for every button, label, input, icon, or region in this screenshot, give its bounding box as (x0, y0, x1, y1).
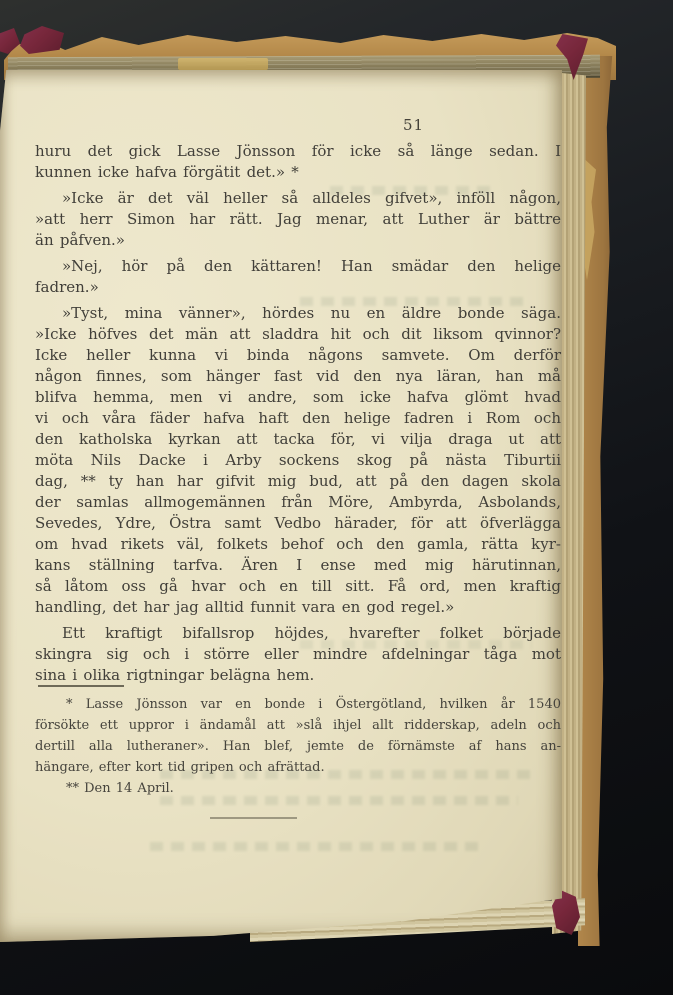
text-line: handling, det har jag alltid funnit vara… (35, 597, 561, 618)
text-line: någon finnes, som hänger fast vid den ny… (35, 366, 561, 387)
footnote: * Lasse Jönsson var en bonde i Östergötl… (35, 694, 561, 778)
text-line: om hvad rikets väl, folkets behof och de… (35, 534, 561, 555)
paragraph: »Tyst, mina vänner», hördes nu en äldre … (35, 303, 561, 618)
footnote-line: * Lasse Jönsson var en bonde i Östergötl… (35, 694, 561, 715)
text-line: »Nej, hör på den kättaren! Han smädar de… (35, 256, 561, 277)
section-divider (210, 817, 297, 819)
text-line: den katholska kyrkan att tacka för, vi v… (35, 429, 561, 450)
text-line: dag, ** ty han har gifvit mig bud, att p… (35, 471, 561, 492)
show-through-text (150, 842, 482, 851)
book-photograph: 51 huru det gick Lasse Jönsson för icke … (0, 0, 673, 995)
paragraph: huru det gick Lasse Jönsson för icke så … (35, 141, 561, 183)
footnote-line: dertill alla lutheraner». Han blef, jemt… (35, 736, 561, 757)
text-line: kans ställning tarfva. Ären I ense med m… (35, 555, 561, 576)
text-line: kunnen icke hafva förgätit det.» * (35, 162, 561, 183)
text-line: der samlas allmogemännen från Möre, Amby… (35, 492, 561, 513)
page-stack-highlight (178, 58, 268, 70)
footnote-line: försökte ett uppror i ändamål att »slå i… (35, 715, 561, 736)
text-line: blifva hemma, men vi andre, som icke haf… (35, 387, 561, 408)
body-text: huru det gick Lasse Jönsson för icke så … (35, 141, 561, 686)
text-line: Ett kraftigt bifallsrop höjdes, hvarefte… (35, 623, 561, 644)
text-line: skingra sig och i större eller mindre af… (35, 644, 561, 665)
text-line: så låtom oss gå hvar och en till sitt. F… (35, 576, 561, 597)
paragraph: »Nej, hör på den kättaren! Han smädar de… (35, 256, 561, 298)
footnotes: * Lasse Jönsson var en bonde i Östergötl… (35, 694, 561, 799)
paragraph: Ett kraftigt bifallsrop höjdes, hvarefte… (35, 623, 561, 686)
footnote-line: hängare, efter kort tid gripen och afrät… (35, 757, 561, 778)
text-line: sina i olika rigtningar belägna hem. (35, 665, 561, 686)
text-line: möta Nils Dacke i Arby sockens skog på n… (35, 450, 561, 471)
text-line: Sevedes, Ydre, Östra samt Vedbo härader,… (35, 513, 561, 534)
paragraph: »Icke är det väl heller så alldeles gifv… (35, 188, 561, 251)
text-line: »att herr Simon har rätt. Jag menar, att… (35, 209, 561, 230)
text-line: huru det gick Lasse Jönsson för icke så … (35, 141, 561, 162)
page-number: 51 (403, 116, 437, 134)
book-page: 51 huru det gick Lasse Jönsson för icke … (0, 70, 562, 942)
text-line: Icke heller kunna vi binda någons samvet… (35, 345, 561, 366)
binding-corner-cloth (20, 26, 64, 54)
text-line: »Tyst, mina vänner», hördes nu en äldre … (35, 303, 561, 324)
text-line: »Icke höfves det män att sladdra hit och… (35, 324, 561, 345)
text-line: »Icke är det väl heller så alldeles gifv… (35, 188, 561, 209)
text-line: vi och våra fäder hafva haft den helige … (35, 408, 561, 429)
footnote-separator (38, 685, 124, 687)
footnote-line: ** Den 14 April. (35, 778, 561, 799)
text-line: än påfven.» (35, 230, 561, 251)
footnote: ** Den 14 April. (35, 778, 561, 799)
text-line: fadren.» (35, 277, 561, 298)
